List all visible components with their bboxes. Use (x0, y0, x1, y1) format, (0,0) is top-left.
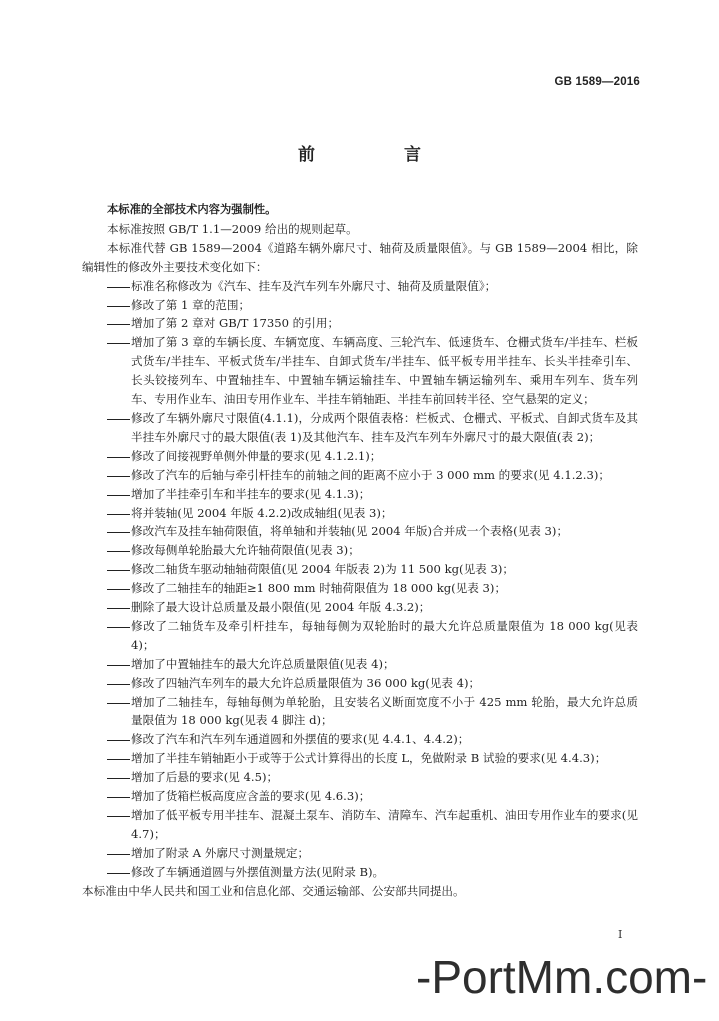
list-item-text: 修改了车辆外廓尺寸限值(4.1.1)，分成两个限值表格：栏板式、仓栅式、平板式、… (131, 411, 638, 444)
list-item: 增加了第 3 章的车辆长度、车辆宽度、车辆高度、三轮汽车、低速货车、仓栅式货车/… (82, 333, 638, 409)
list-item-text: 增加了第 2 章对 GB/T 17350 的引用； (131, 316, 339, 330)
replacement-paragraph: 本标准代替 GB 1589—2004《道路车辆外廓尺寸、轴荷及质量限值》。与 G… (82, 239, 638, 277)
list-item-text: 增加了货箱栏板高度应含盖的要求(见 4.6.3)； (131, 789, 370, 803)
list-item: 修改了第 1 章的范围； (82, 296, 638, 315)
list-item: 修改了二轴货车及牵引杆挂车，每轴每侧为双轮胎时的最大允许总质量限值为 18 00… (82, 617, 638, 655)
list-item: 标准名称修改为《汽车、挂车及汽车列车外廓尺寸、轴荷及质量限值》； (82, 277, 638, 296)
list-item-text: 增加了低平板专用半挂车、混凝土泵车、消防车、清障车、汽车起重机、油田专用作业车的… (131, 808, 638, 841)
page-number: I (618, 928, 622, 941)
list-item: 增加了半挂车销轴距小于或等于公式计算得出的长度 L，免做附录 B 试验的要求(见… (82, 749, 638, 768)
list-item: 增加了二轴挂车，每轴每侧为单轮胎，且安装名义断面宽度不小于 425 mm 轮胎，… (82, 693, 638, 731)
list-item-text: 增加了二轴挂车，每轴每侧为单轮胎，且安装名义断面宽度不小于 425 mm 轮胎，… (131, 695, 638, 728)
list-item: 修改了间接视野单侧外伸量的要求(见 4.1.2.1)； (82, 447, 638, 466)
list-item: 增加了第 2 章对 GB/T 17350 的引用； (82, 314, 638, 333)
list-item-text: 标准名称修改为《汽车、挂车及汽车列车外廓尺寸、轴荷及质量限值》； (131, 279, 496, 293)
list-item-text: 修改每侧单轮胎最大允许轴荷限值(见表 3)； (131, 543, 360, 557)
list-item-text: 修改了间接视野单侧外伸量的要求(见 4.1.2.1)； (131, 449, 381, 463)
list-item: 删除了最大设计总质量及最小限值(见 2004 年版 4.3.2)； (82, 598, 638, 617)
list-item: 修改汽车及挂车轴荷限值，将单轴和并装轴(见 2004 年版)合并成一个表格(见表… (82, 522, 638, 541)
list-item: 修改了车辆外廓尺寸限值(4.1.1)，分成两个限值表格：栏板式、仓栅式、平板式、… (82, 409, 638, 447)
page-title: 前 言 (0, 140, 719, 165)
list-item: 增加了中置轴挂车的最大允许总质量限值(见表 4)； (82, 655, 638, 674)
list-item-text: 修改了车辆通道圆与外摆值测量方法(见附录 B)。 (131, 865, 384, 879)
drafting-rules-paragraph: 本标准按照 GB/T 1.1—2009 给出的规则起草。 (82, 220, 638, 239)
list-item: 修改了车辆通道圆与外摆值测量方法(见附录 B)。 (82, 863, 638, 882)
list-item-text: 修改二轴货车驱动轴轴荷限值(见 2004 年版表 2)为 11 500 kg(见… (131, 562, 514, 576)
list-item-text: 将并装轴(见 2004 年版 4.2.2)改成轴组(见表 3)； (131, 506, 393, 520)
list-item: 将并装轴(见 2004 年版 4.2.2)改成轴组(见表 3)； (82, 504, 638, 523)
standard-code: GB 1589—2016 (554, 76, 640, 88)
watermark-text: -PortMm.com- (416, 950, 707, 1004)
list-item-text: 增加了附录 A 外廓尺寸测量规定； (131, 846, 309, 860)
list-item: 修改了汽车和汽车列车通道圆和外摆值的要求(见 4.4.1、4.4.2)； (82, 730, 638, 749)
list-item-text: 删除了最大设计总质量及最小限值(见 2004 年版 4.3.2)； (131, 600, 430, 614)
mandatory-statement: 本标准的全部技术内容为强制性。 (82, 201, 638, 220)
list-item: 修改了二轴挂车的轴距≥1 800 mm 时轴荷限值为 18 000 kg(见表 … (82, 579, 638, 598)
list-item-text: 增加了半挂牵引车和半挂车的要求(见 4.1.3)； (131, 487, 370, 501)
list-item: 修改了汽车的后轴与牵引杆挂车的前轴之间的距离不应小于 3 000 mm 的要求(… (82, 466, 638, 485)
list-item: 增加了附录 A 外廓尺寸测量规定； (82, 844, 638, 863)
changes-list: 标准名称修改为《汽车、挂车及汽车列车外廓尺寸、轴荷及质量限值》； 修改了第 1 … (82, 277, 638, 882)
list-item: 增加了后悬的要求(见 4.5)； (82, 768, 638, 787)
proposer-paragraph: 本标准由中华人民共和国工业和信息化部、交通运输部、公安部共同提出。 (82, 882, 638, 901)
list-item: 修改二轴货车驱动轴轴荷限值(见 2004 年版表 2)为 11 500 kg(见… (82, 560, 638, 579)
list-item-text: 修改了二轴货车及牵引杆挂车，每轴每侧为双轮胎时的最大允许总质量限值为 18 00… (131, 619, 638, 652)
list-item: 增加了货箱栏板高度应含盖的要求(见 4.6.3)； (82, 787, 638, 806)
list-item: 修改每侧单轮胎最大允许轴荷限值(见表 3)； (82, 541, 638, 560)
document-body: 本标准的全部技术内容为强制性。 本标准按照 GB/T 1.1—2009 给出的规… (82, 201, 638, 901)
list-item-text: 修改了汽车的后轴与牵引杆挂车的前轴之间的距离不应小于 3 000 mm 的要求(… (131, 468, 610, 482)
list-item-text: 修改了第 1 章的范围； (131, 298, 250, 312)
list-item-text: 增加了半挂车销轴距小于或等于公式计算得出的长度 L，免做附录 B 试验的要求(见… (131, 751, 606, 765)
list-item-text: 修改了汽车和汽车列车通道圆和外摆值的要求(见 4.4.1、4.4.2)； (131, 732, 469, 746)
list-item-text: 修改汽车及挂车轴荷限值，将单轴和并装轴(见 2004 年版)合并成一个表格(见表… (131, 524, 568, 538)
list-item-text: 增加了中置轴挂车的最大允许总质量限值(见表 4)； (131, 657, 395, 671)
list-item: 修改了四轴汽车列车的最大允许总质量限值为 36 000 kg(见表 4)； (82, 674, 638, 693)
list-item-text: 增加了第 3 章的车辆长度、车辆宽度、车辆高度、三轮汽车、低速货车、仓栅式货车/… (131, 335, 638, 406)
list-item-text: 增加了后悬的要求(见 4.5)； (131, 770, 278, 784)
list-item-text: 修改了四轴汽车列车的最大允许总质量限值为 36 000 kg(见表 4)； (131, 676, 480, 690)
list-item: 增加了半挂牵引车和半挂车的要求(见 4.1.3)； (82, 485, 638, 504)
list-item: 增加了低平板专用半挂车、混凝土泵车、消防车、清障车、汽车起重机、油田专用作业车的… (82, 806, 638, 844)
list-item-text: 修改了二轴挂车的轴距≥1 800 mm 时轴荷限值为 18 000 kg(见表 … (131, 581, 506, 595)
